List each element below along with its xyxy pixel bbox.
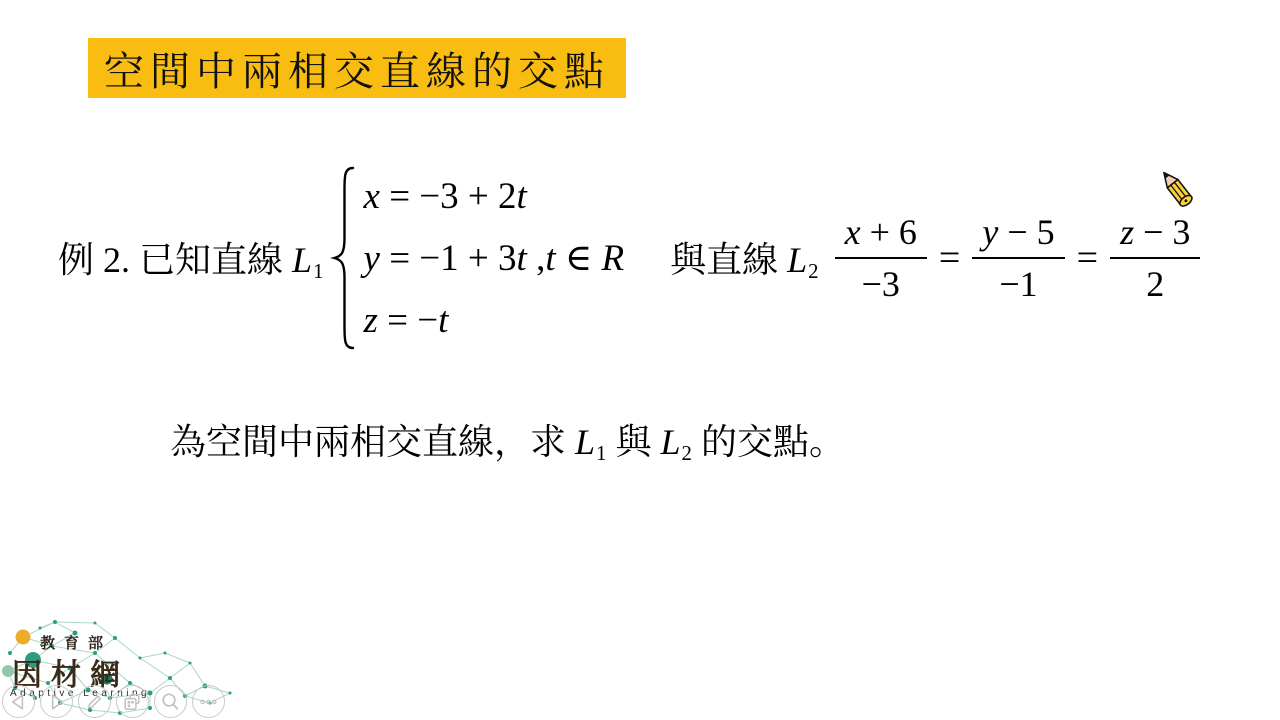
- slides-button[interactable]: [116, 685, 149, 718]
- player-toolbar: [2, 685, 225, 718]
- fraction-x: x + 6 −3: [835, 214, 927, 302]
- ellipsis-icon: [193, 686, 224, 718]
- problem-statement: 例 2. 已知直線 L1 x = −3 + 2t y = −1 + 3t ,t …: [58, 162, 1200, 354]
- fraction-x-denominator: −3: [835, 257, 927, 302]
- problem-label: 例 2. 已知直線 L1: [58, 232, 324, 284]
- equation-x: x = −3 + 2t: [364, 178, 625, 215]
- fraction-z-denominator: 2: [1110, 257, 1200, 302]
- more-button[interactable]: [192, 685, 225, 718]
- equation-y: y = −1 + 3t ,t ∈ R: [364, 240, 625, 277]
- pencil-icon: [79, 686, 110, 718]
- fraction-y: y − 5 −1: [972, 214, 1064, 302]
- prev-button[interactable]: [2, 685, 35, 718]
- zoom-button[interactable]: [154, 685, 187, 718]
- triangle-right-icon: [41, 686, 72, 718]
- next-button[interactable]: [40, 685, 73, 718]
- question-text: 為空間中兩相交直線，求 L1 與 L2 的交點。: [170, 414, 845, 466]
- equation-z: z = −t: [364, 302, 625, 339]
- fraction-z-numerator: z − 3: [1110, 214, 1200, 257]
- system-brace: [330, 165, 356, 351]
- magnifier-icon: [155, 686, 186, 718]
- slide-canvas: 空間中兩相交直線的交點 例 2. 已知直線 L1 x = −3 + 2t y =…: [0, 0, 1280, 720]
- equals-sign: =: [1077, 236, 1098, 280]
- title-text: 空間中兩相交直線的交點: [104, 40, 610, 97]
- fraction-y-numerator: y − 5: [972, 214, 1064, 257]
- equals-sign: =: [939, 236, 960, 280]
- triangle-left-icon: [3, 686, 34, 718]
- fraction-x-numerator: x + 6: [835, 214, 927, 257]
- title-banner: 空間中兩相交直線的交點: [88, 38, 626, 98]
- slides-icon: [117, 686, 148, 718]
- symmetric-equation: x + 6 −3 = y − 5 −1 = z − 3 2: [835, 214, 1201, 302]
- fraction-y-denominator: −1: [972, 257, 1064, 302]
- parametric-equations: x = −3 + 2t y = −1 + 3t ,t ∈ R z = −t: [364, 178, 625, 339]
- annotate-button[interactable]: [78, 685, 111, 718]
- line2-label: 與直線 L2: [670, 232, 818, 284]
- fraction-z: z − 3 2: [1110, 214, 1200, 302]
